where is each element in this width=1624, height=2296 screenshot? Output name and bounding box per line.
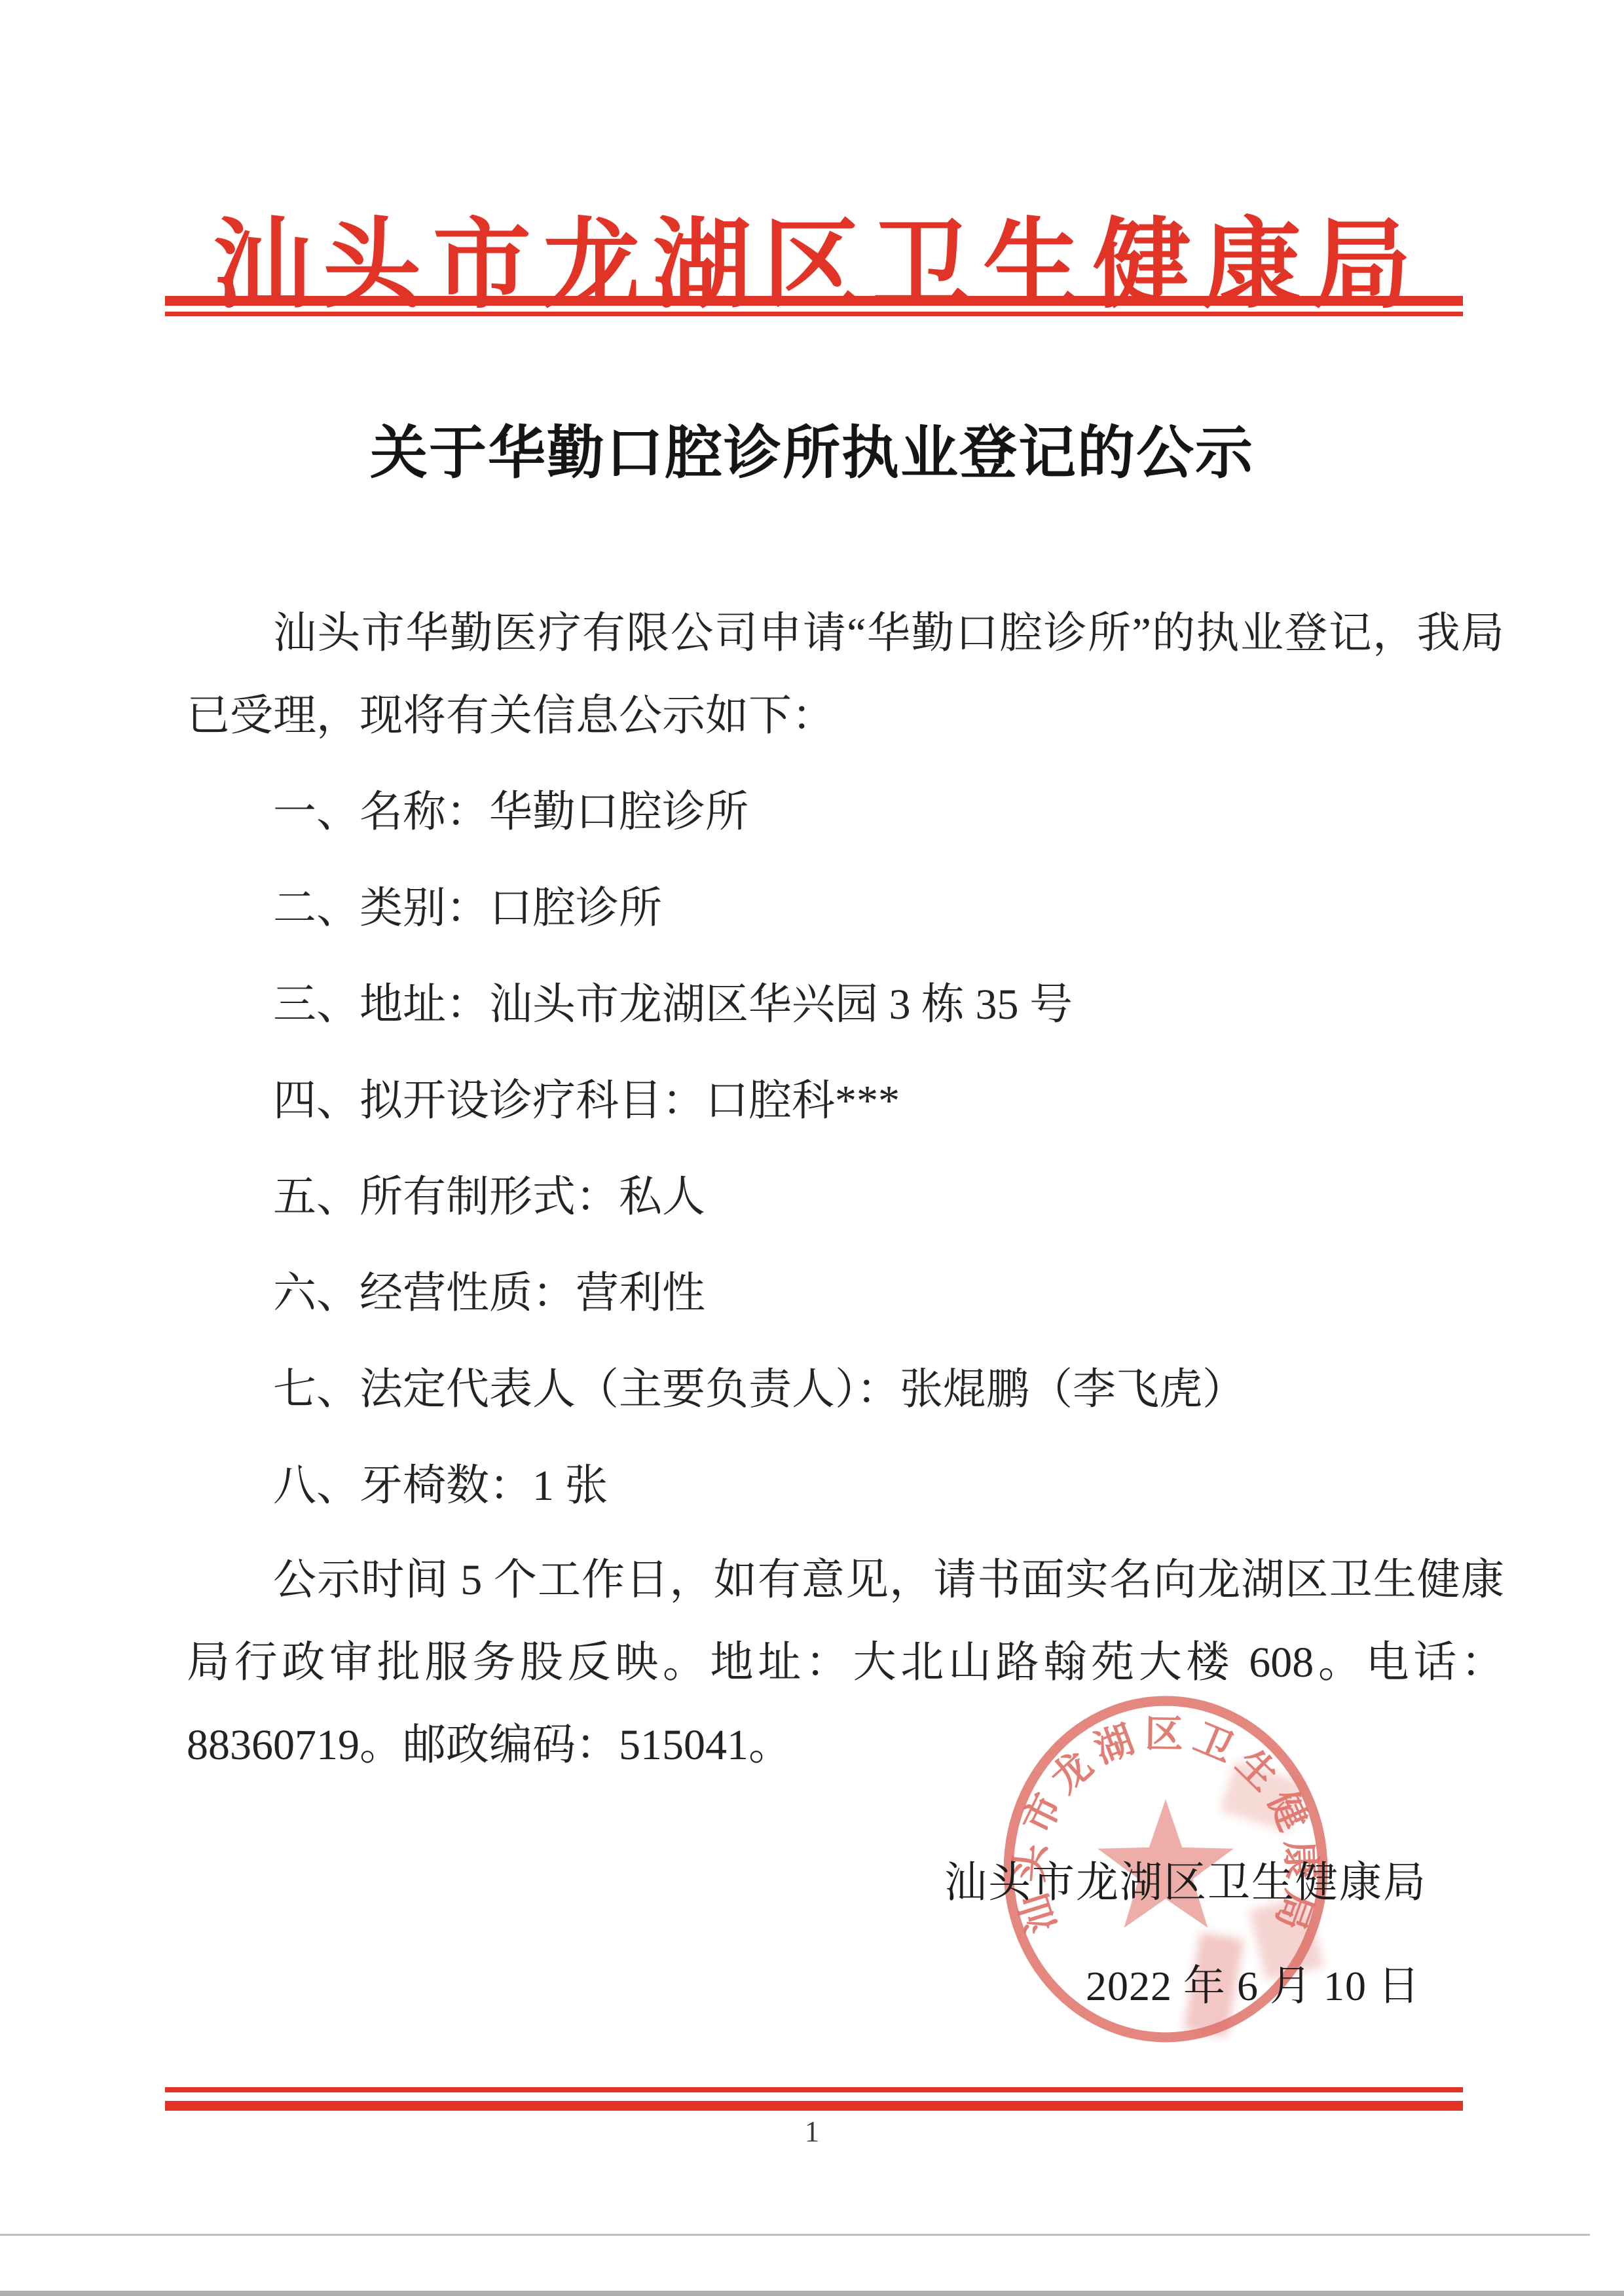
list-item-operation-nature: 六、经营性质：营利性 [187, 1252, 1504, 1335]
document-title: 关于华勤口腔诊所执业登记的公示 [0, 407, 1624, 490]
list-item-dental-chairs: 八、牙椅数：1 张 [187, 1444, 1504, 1527]
masthead-rule-thin [165, 312, 1463, 316]
document-page: 汕头市龙湖区卫生健康局 关于华勤口腔诊所执业登记的公示 汕头市华勤医疗有限公司申… [0, 0, 1624, 2296]
list-item-address: 三、地址：汕头市龙湖区华兴园 3 栋 35 号 [187, 963, 1504, 1046]
masthead-rule-thick [165, 296, 1463, 306]
scan-artifact-line [0, 2234, 1590, 2236]
list-item-legal-representative: 七、法定代表人（主要负责人）：张焜鹏（李飞虎） [187, 1348, 1504, 1431]
list-item-category: 二、类别：口腔诊所 [187, 867, 1504, 950]
signature-date: 2022 年 6 月 10 日 [1086, 1952, 1420, 2013]
scan-edge-line [0, 2291, 1624, 2296]
intro-paragraph: 汕头市华勤医疗有限公司申请“华勤口腔诊所”的执业登记，我局已受理，现将有关信息公… [187, 592, 1504, 757]
signature-authority: 汕头市龙湖区卫生健康局 [944, 1848, 1427, 1909]
page-number: 1 [0, 2115, 1624, 2149]
document-body: 汕头市华勤医疗有限公司申请“华勤口腔诊所”的执业登记，我局已受理，现将有关信息公… [187, 592, 1504, 1787]
list-item-ownership: 五、所有制形式：私人 [187, 1156, 1504, 1239]
footer-rule-thin [165, 2087, 1463, 2092]
footer-rule-thick [165, 2101, 1463, 2111]
list-item-departments: 四、拟开设诊疗科目：口腔科*** [187, 1059, 1504, 1142]
list-item-name: 一、名称：华勤口腔诊所 [187, 771, 1504, 854]
